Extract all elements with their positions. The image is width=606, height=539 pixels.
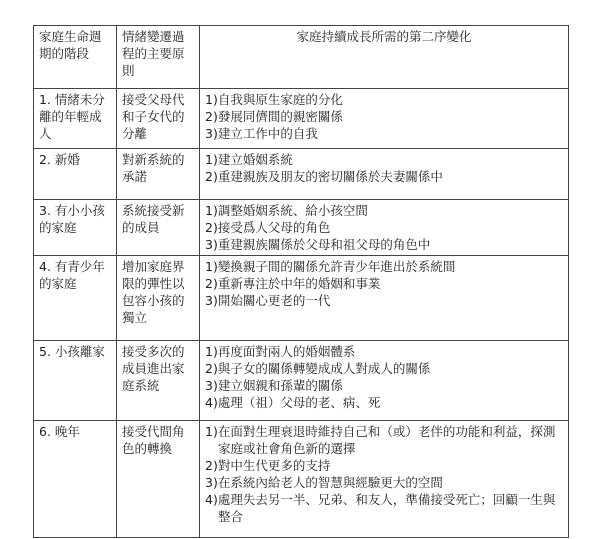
- stage-cell: 5. 小孩離家: [34, 341, 117, 421]
- changes-cell: 1)調整婚姻系統、給小孩空間 2)接受爲人父母的角色 3)重建親族關係於父母和祖…: [200, 200, 569, 256]
- table-row: 2. 新婚 對新系統的承諾 1)建立婚姻系統 2)重建親族及朋友的密切關係於夫妻…: [34, 149, 569, 200]
- change-item: 2)與子女的關係轉變成成人對成人的關係: [205, 360, 563, 377]
- table-row: 5. 小孩離家 接受多次的成員進出家庭系統 1)再度面對兩人的婚姻體系 2)與子…: [34, 341, 569, 421]
- family-life-cycle-table: 家庭生命週期的階段 情緒變遷過程的主要原則 家庭持續成長所需的第二序變化 1. …: [33, 25, 569, 538]
- change-item: 2)對中生代更多的支持: [205, 457, 563, 474]
- change-item: 1)自我與原生家庭的分化: [205, 91, 563, 108]
- change-item: 2)重新專注於中年的婚姻和事業: [205, 275, 563, 292]
- change-item: 1)建立婚姻系統: [205, 151, 563, 168]
- stage-cell: 4. 有青少年的家庭: [34, 256, 117, 341]
- principle-cell: 系統接受新的成員: [117, 200, 200, 256]
- stage-cell: 2. 新婚: [34, 149, 117, 200]
- header-principle: 情緒變遷過程的主要原則: [117, 26, 200, 89]
- change-item: 4)處理（祖）父母的老、病、死: [205, 394, 563, 411]
- table-row: 3. 有小小孩的家庭 系統接受新的成員 1)調整婚姻系統、給小孩空間 2)接受爲…: [34, 200, 569, 256]
- table-row: 6. 晚年 接受代間角色的轉換 1)在面對生理衰退時維持自己和（或）老伴的功能和…: [34, 421, 569, 538]
- change-item: 1)在面對生理衰退時維持自己和（或）老伴的功能和利益，探測家庭或社會角色新的選擇: [205, 423, 563, 457]
- changes-cell: 1)建立婚姻系統 2)重建親族及朋友的密切關係於夫妻關係中: [200, 149, 569, 200]
- change-item: 1)調整婚姻系統、給小孩空間: [205, 202, 563, 219]
- table-row: 1. 情緒未分離的年輕成人 接受父母代和子女代的分離 1)自我與原生家庭的分化 …: [34, 89, 569, 149]
- changes-cell: 1)變換親子間的關係允許青少年進出於系統間 2)重新專注於中年的婚姻和事業 3)…: [200, 256, 569, 341]
- principle-cell: 接受多次的成員進出家庭系統: [117, 341, 200, 421]
- principle-cell: 增加家庭界限的彈性以包容小孩的獨立: [117, 256, 200, 341]
- principle-cell: 接受父母代和子女代的分離: [117, 89, 200, 149]
- change-item: 2)發展同儕間的親密關係: [205, 108, 563, 125]
- change-item: 3)開始關心更老的一代: [205, 292, 563, 309]
- header-changes: 家庭持續成長所需的第二序變化: [200, 26, 569, 89]
- stage-cell: 6. 晚年: [34, 421, 117, 538]
- change-item: 2)接受爲人父母的角色: [205, 219, 563, 236]
- change-item: 1)變換親子間的關係允許青少年進出於系統間: [205, 258, 563, 275]
- change-item: 1)再度面對兩人的婚姻體系: [205, 343, 563, 360]
- change-item: 3)重建親族關係於父母和祖父母的角色中: [205, 236, 563, 253]
- change-item: 3)在系統內給老人的智慧與經驗更大的空間: [205, 474, 563, 491]
- changes-cell: 1)在面對生理衰退時維持自己和（或）老伴的功能和利益，探測家庭或社會角色新的選擇…: [200, 421, 569, 538]
- table-row: 4. 有青少年的家庭 增加家庭界限的彈性以包容小孩的獨立 1)變換親子間的關係允…: [34, 256, 569, 341]
- change-item: 3)建立姻親和孫輩的關係: [205, 377, 563, 394]
- changes-cell: 1)再度面對兩人的婚姻體系 2)與子女的關係轉變成成人對成人的關係 3)建立姻親…: [200, 341, 569, 421]
- header-stage: 家庭生命週期的階段: [34, 26, 117, 89]
- principle-cell: 接受代間角色的轉換: [117, 421, 200, 538]
- principle-cell: 對新系統的承諾: [117, 149, 200, 200]
- change-item: 3)建立工作中的自我: [205, 125, 563, 142]
- changes-cell: 1)自我與原生家庭的分化 2)發展同儕間的親密關係 3)建立工作中的自我: [200, 89, 569, 149]
- change-item: 2)重建親族及朋友的密切關係於夫妻關係中: [205, 168, 563, 185]
- stage-cell: 1. 情緒未分離的年輕成人: [34, 89, 117, 149]
- stage-cell: 3. 有小小孩的家庭: [34, 200, 117, 256]
- change-item: 4)處理失去另一半、兄弟、和友人，準備接受死亡；回顧一生與整合: [205, 491, 563, 525]
- header-row: 家庭生命週期的階段 情緒變遷過程的主要原則 家庭持續成長所需的第二序變化: [34, 26, 569, 89]
